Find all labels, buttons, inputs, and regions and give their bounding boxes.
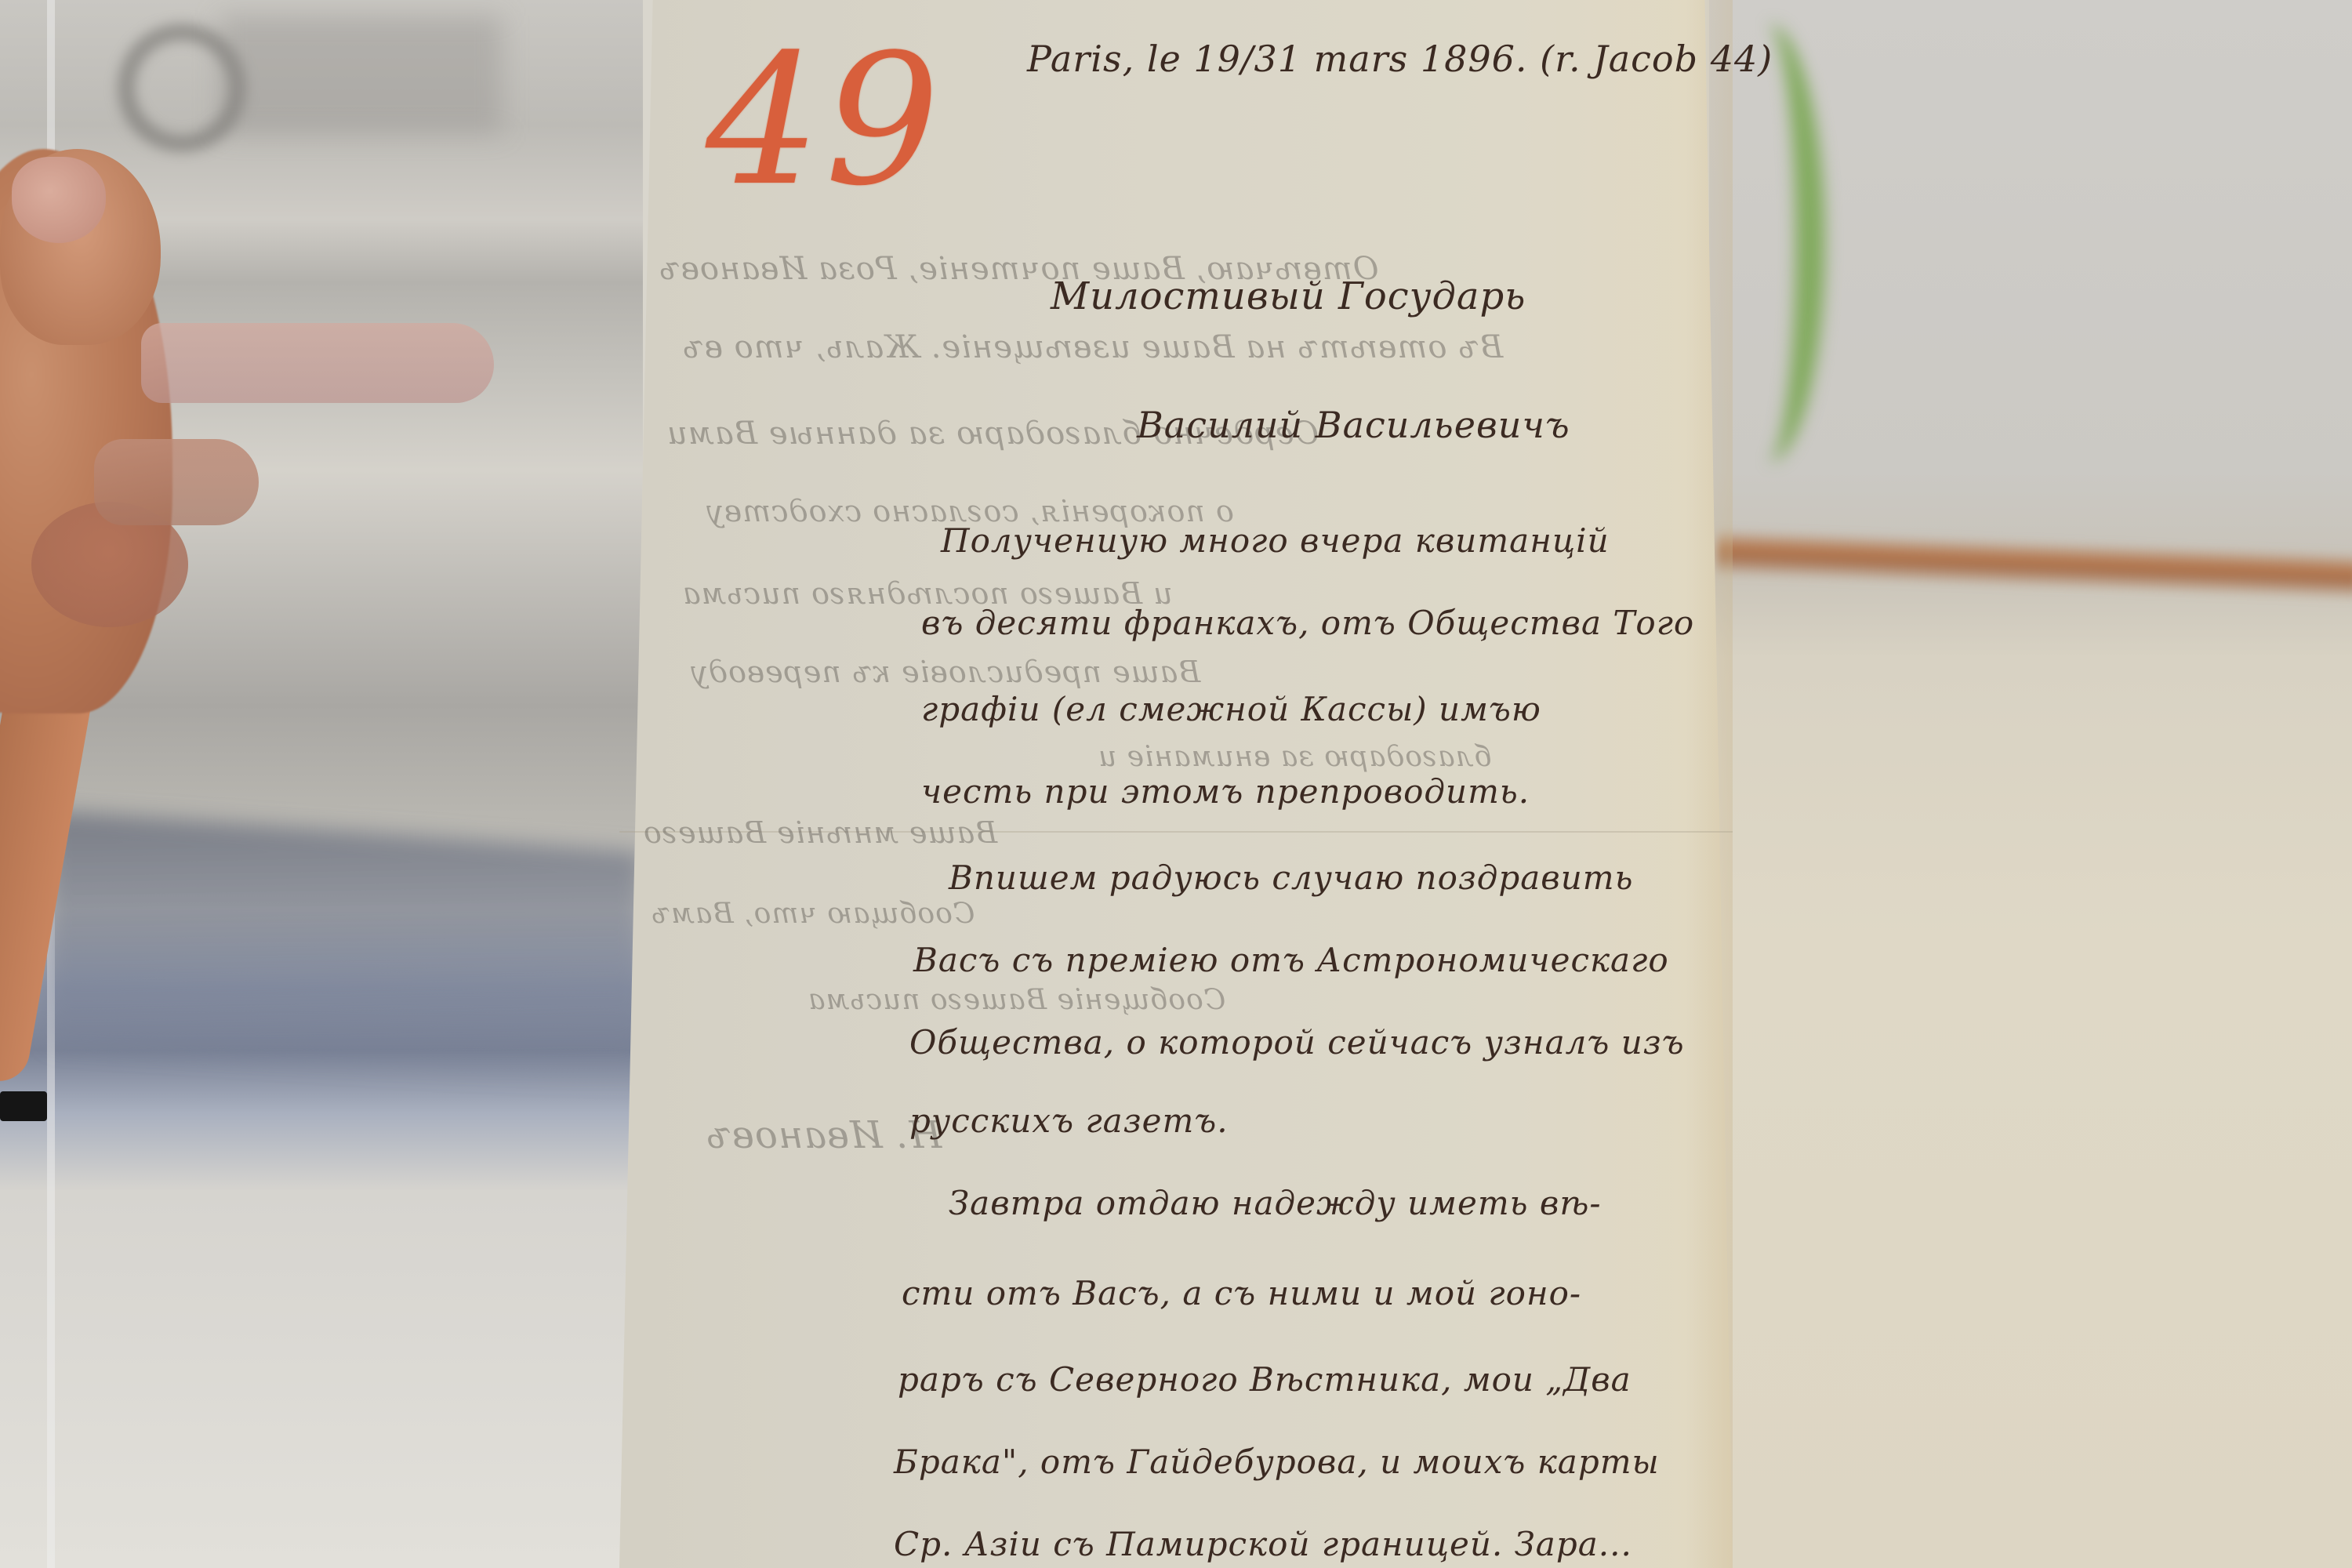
bleed-through-line: благодарю за вниманіе и [1098,741,1492,773]
body-line: графіи (ел смежной Кассы) имъю [921,690,1541,728]
background-blurred-shelf [220,16,502,133]
body-line: Васъ съ преміею отъ Астрономическаго [913,941,1669,979]
body-line: Получениую много вчера квитанцій [941,521,1610,560]
salutation: Милостивый Государь [1051,274,1526,318]
body-line: Завтра отдаю надежду иметь вѣ- [949,1184,1602,1222]
body-line: честь при этомъ препроводить. [921,772,1530,811]
body-line: раръ съ Северного Вѣстника, мои „Два [898,1360,1632,1399]
archive-number: 49 [706,31,945,212]
bleed-through-line: Сообщеніе Вашего письма [808,984,1225,1016]
dateline: Paris, le 19/31 mars 1896. (r. Jacob 44) [1027,38,1773,80]
black-clip [0,1091,47,1121]
paper-edge-stain [1686,0,1733,1568]
mirrored-signature: Н. Ивановъ [706,1113,942,1157]
bleed-through-line: Ваше предисловіе къ переводу [690,655,1200,689]
thumbnail [12,157,106,243]
hand-finger-middle [94,439,259,525]
bleed-through-line: Ваше мнѣніе Вашего [643,815,997,850]
body-line: Ср. Азіи съ Памирской границей. Зара... [894,1525,1632,1563]
bleed-through-line: Въ отвѣтъ на Ваше извѣщеніе. Жаль, что в… [682,329,1503,365]
body-line: въ десяти франкахъ, отъ Общества Того [921,604,1694,642]
body-line: Брака", отъ Гайдебурова, и моихъ карты [894,1443,1660,1481]
body-line: Впишем радуюсь случаю поздравить [949,858,1634,897]
body-line: сти отъ Васъ, а съ ними и мой гоно- [902,1274,1581,1312]
hand-index-finger [141,323,494,403]
body-line: Общества, о которой сейчасъ узналъ изъ [909,1023,1685,1062]
background-blurred-box [47,810,643,1087]
addressee-name: Василий Васильевичъ [1137,404,1570,446]
bleed-through-line: Сообщаю что, Вамъ [651,898,975,930]
body-line: русскихъ газетъ. [909,1102,1229,1140]
